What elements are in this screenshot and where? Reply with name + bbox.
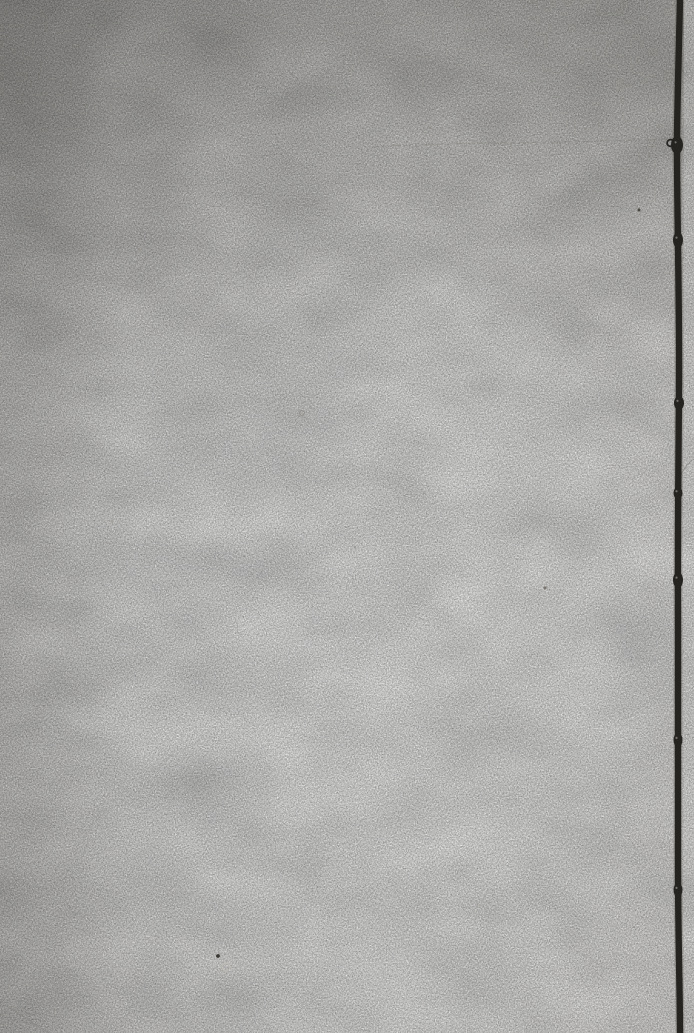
thread-knot-highlight <box>675 737 677 739</box>
speck-dot <box>429 127 431 129</box>
thread-knot-highlight <box>675 490 677 492</box>
thread-knot <box>674 487 683 499</box>
speck-dot <box>139 249 141 251</box>
page-scan-svg <box>0 0 694 1033</box>
thread-knot-highlight <box>675 237 677 239</box>
speck-dot <box>638 209 641 212</box>
thread-knot <box>674 396 684 410</box>
speck-dot <box>354 546 356 548</box>
thread-knot <box>674 883 683 897</box>
thread-knot-highlight <box>676 400 678 402</box>
thread-knot <box>674 733 683 747</box>
scanned-page <box>0 0 694 1033</box>
thread-knot <box>673 572 683 588</box>
noise-pepper <box>0 0 694 1033</box>
speck-dot <box>543 586 546 589</box>
speck-dot <box>216 954 220 958</box>
speck-dot <box>479 904 481 906</box>
speck-dot <box>111 520 114 523</box>
thread-knot-highlight <box>675 887 677 889</box>
thread-knot <box>673 232 683 248</box>
thread-knot-highlight <box>675 577 677 579</box>
binding-thread <box>677 0 680 1033</box>
